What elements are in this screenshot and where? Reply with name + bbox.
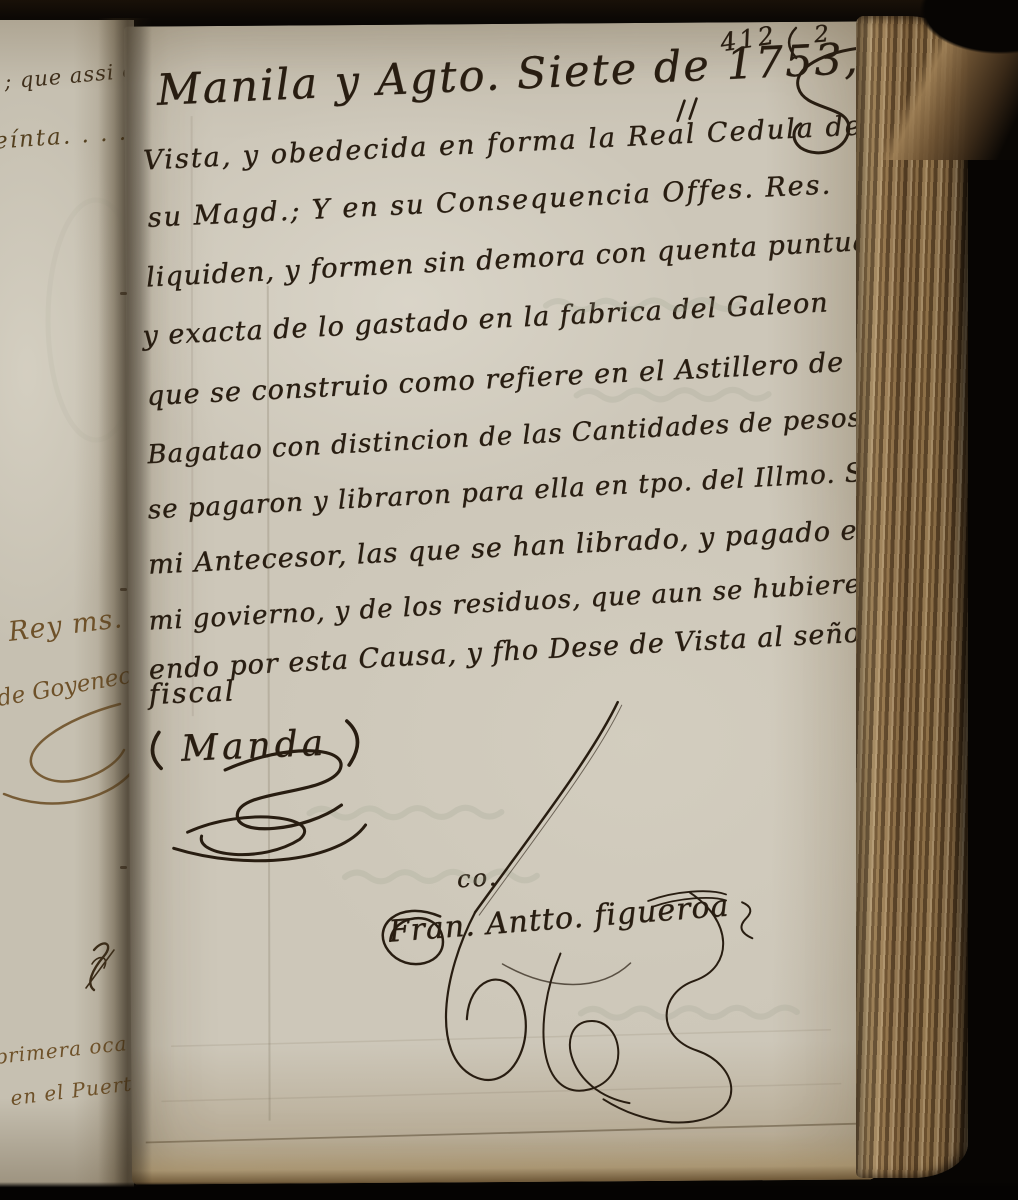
signature-ascender: [478, 705, 623, 915]
signature-loop: [503, 963, 631, 985]
signature-superscript: co.: [456, 863, 499, 893]
facing-fragment: Rey ms.: [7, 603, 125, 648]
goyeneche-flourish: [31, 704, 124, 781]
manuscript-line: Vista, y obedecida en forma la Real Cedu…: [142, 110, 863, 176]
binding-stitch: [120, 588, 127, 591]
manuscript-line: y exacta de lo gastado en la fabrica del…: [142, 287, 830, 352]
manuscript-line: liquiden, y formen sin demora con quenta…: [145, 225, 880, 293]
binding-stitch: [120, 866, 127, 869]
paraph-mark: [90, 943, 108, 990]
facing-page: ; que assi e eínta. . . . Rey ms. de Goy…: [0, 20, 134, 1192]
page-hem-line: [146, 1123, 867, 1142]
manuscript-photo: ; que assi e eínta. . . . Rey ms. de Goy…: [0, 0, 1018, 1200]
manda-rubric: [187, 817, 304, 855]
show-through-rule: [161, 1084, 841, 1102]
manda-rubric: [152, 732, 161, 768]
signature-name: Fran. Antto. figueroa: [387, 889, 730, 950]
facing-fragment: en el Puerto: [9, 1070, 134, 1110]
manuscript-line: se pagaron y libraron para ella en tpo. …: [147, 456, 901, 525]
dateline-heading: Manila y Agto. Siete de 1753,: [156, 34, 861, 116]
show-through-mark: [48, 200, 134, 440]
manda-rubric: [347, 721, 358, 765]
heading-comma-strokes: [677, 99, 696, 121]
show-through-rule: [171, 1030, 831, 1047]
signature-loop: [543, 953, 630, 1104]
book-fore-edge: [856, 16, 968, 1178]
paper-crease: [264, 286, 274, 1121]
facing-fragment: de Goyeneche: [0, 658, 134, 712]
facing-fragment: primera oca: [0, 1031, 128, 1069]
facing-fragment: ; que assi e: [3, 58, 134, 93]
decree-word: Manda: [180, 723, 328, 770]
manuscript-line: que se construio como refiere en el Asti…: [146, 347, 845, 412]
goyeneche-underline-flourish: [4, 774, 130, 803]
binding-stitch: [120, 292, 127, 295]
dark-background-bottom: [0, 1182, 1018, 1200]
paraph-mark: [86, 950, 114, 988]
manuscript-page: 412 2 Manila y Agto. Siete de 1753, Vist…: [124, 21, 877, 1184]
manuscript-line: fiscal: [148, 674, 236, 711]
manuscript-line: mi Antecesor, las que se han librado, y …: [147, 514, 876, 581]
manda-rubric: [174, 825, 366, 861]
manuscript-line: su Magd.; Y en su Consequencia Offes. Re…: [147, 169, 833, 233]
damaged-corner: [840, 0, 1018, 160]
signature-end-squiggle: [741, 902, 752, 938]
facing-fragment: eínta. . . .: [0, 119, 129, 154]
